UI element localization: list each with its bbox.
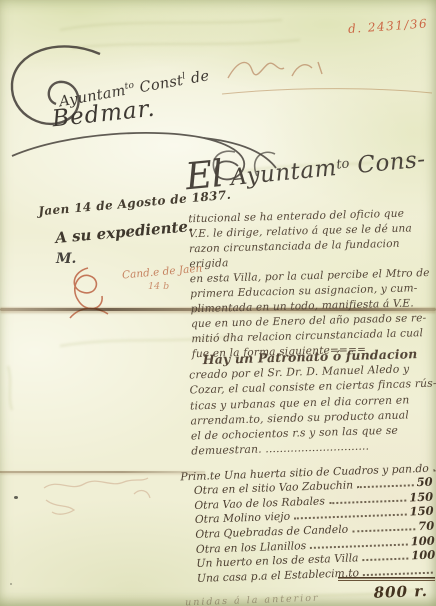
- account-row-amount: 100: [410, 533, 434, 548]
- account-row-amount: 100: [411, 548, 435, 563]
- faint-rule-line: [222, 84, 434, 100]
- margin-decree: A su expediente.: [54, 217, 193, 247]
- body-paragraph-2: Hay un Patronato ó fundacion creado por …: [189, 346, 436, 459]
- ink-speck: [10, 583, 12, 585]
- manuscript-page: d. 2431/36 Ayuntamto Constl de Bedmar. J…: [0, 0, 436, 606]
- heading-part1: Ayuntam: [222, 155, 338, 192]
- margin-red-note-2: 14 b: [148, 281, 169, 292]
- faint-scribble-icon: [38, 466, 168, 511]
- dot-leader: [329, 499, 406, 504]
- dot-leader: [363, 558, 409, 562]
- body-paragraph-1: titucional se ha enterado del oficio que…: [188, 206, 436, 362]
- org-part2: Const: [134, 73, 185, 97]
- account-row-amount: 150: [409, 489, 433, 504]
- clipped-bottom-line: unidas á la anterior: [185, 584, 374, 606]
- file-number: d. 2431/36: [348, 16, 435, 36]
- org-part3: de: [185, 68, 211, 88]
- heading-part2: Cons-: [348, 146, 426, 179]
- dot-leader: [363, 571, 433, 575]
- heading-initial-word: El: [184, 152, 225, 198]
- account-row-amount: 70: [418, 519, 434, 534]
- account-row-amount: 50: [416, 475, 432, 490]
- dot-leader: [357, 484, 414, 488]
- account-row-amount: 150: [409, 504, 433, 519]
- red-rubric-icon: [58, 262, 114, 326]
- ink-speck: [14, 496, 18, 499]
- account-list: Prim.te Una huerta sitio de Cuadros y pa…: [180, 460, 436, 585]
- dot-leader: [352, 528, 415, 532]
- total-row: unidas á la anterior 800 r.: [185, 582, 434, 606]
- total-amount: 800 r.: [373, 582, 434, 602]
